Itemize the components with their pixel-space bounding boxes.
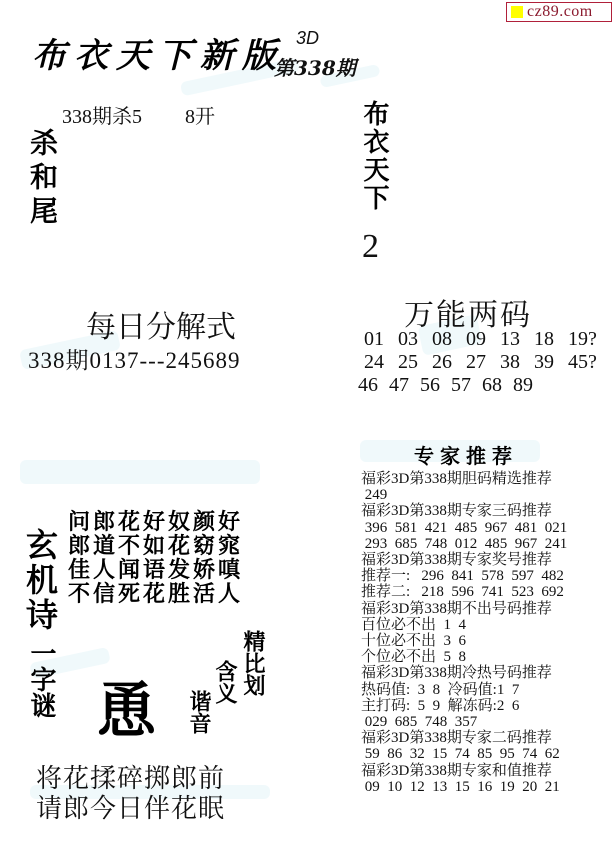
yellow-square-icon [511,6,523,18]
code: 89 [513,374,544,397]
code: 13 [500,328,534,351]
code: 57 [451,374,482,397]
expert-line: 029 685 748 357 [361,714,567,730]
open-value: 8开 [185,106,215,128]
code: 46 [358,374,389,397]
code: 45? [568,351,602,374]
expert-line: 福彩3D第338期专家二码推荐 [361,730,567,746]
daily-value: 338期0137---245689 [28,342,240,375]
expert-line: 福彩3D第338期专家和值推荐 [361,763,567,779]
expert-line: 福彩3D第338期冷热号码推荐 [361,665,567,681]
expert-line: 396 581 421 485 967 481 021 [361,520,567,536]
expert-line: 百位必不出 1 4 [361,617,567,633]
buyi-number: 2 [362,228,379,266]
site-url: cz89.com [527,3,593,21]
verse-line: 请郎今日伴花眠 [36,794,225,824]
wanneng-row: 01 03 08 09 13 18 19? [364,328,602,351]
poem-line: 问郎花好奴颜好 [68,510,243,534]
code: 27 [466,351,500,374]
poem-line: 不信死花胜活人 [68,582,243,606]
buyi-label: 布衣天下 [356,100,393,212]
expert-line: 主打码: 5 9 解冻码:2 6 [361,698,567,714]
verse: 将花揉碎掷郎前 请郎今日伴花眠 [36,764,225,824]
expert-line: 293 685 748 012 485 967 241 [361,536,567,552]
poem-line: 郎道不如花窈窕 [68,534,243,558]
poem-head: 玄 机 诗 [26,528,58,633]
expert-title: 专家推荐 [414,440,518,469]
poem-head-char: 诗 [26,598,58,633]
expert-line: 十位必不出 3 6 [361,633,567,649]
poem-lines: 问郎花好奴颜好 郎道不如花窈窕 佳人闻语发娇嗔 不信死花胜活人 [68,510,243,606]
code: 08 [432,328,466,351]
code: 03 [398,328,432,351]
site-badge[interactable]: cz89.com [506,2,612,22]
expert-list: 福彩3D第338期胆码精选推荐 249 福彩3D第338期专家三码推荐 396 … [361,471,567,795]
page-title: 布衣天下新版 [32,28,284,77]
expert-line: 热码值: 3 8 冷码值:1 7 [361,682,567,698]
wanneng-row: 24 25 26 27 38 39 45? [364,351,602,374]
wanneng-row: 46 47 56 57 68 89 [358,374,602,397]
daily-title: 每日分解式 [86,302,236,346]
code: 09 [466,328,500,351]
poem-line: 佳人闻语发娇嗔 [68,558,243,582]
riddle-hint-meaning: 含义 [212,660,238,704]
code: 56 [420,374,451,397]
code: 19? [568,328,602,351]
expert-line: 福彩3D第338期专家奖号推荐 [361,552,567,568]
riddle-label: 一字谜 [24,640,58,718]
code: 47 [389,374,420,397]
expert-line: 59 86 32 15 74 85 95 74 62 [361,746,567,762]
expert-line: 福彩3D第338期胆码精选推荐 [361,471,567,487]
poem-head-char: 玄 [26,528,58,563]
kill-line: 338期杀5 8开 [62,100,253,129]
expert-line: 推荐一: 296 841 578 597 482 [361,568,567,584]
kill-value: 338期杀5 [62,106,142,128]
riddle-character: 恿 [96,664,156,750]
expert-line: 福彩3D第338期不出号码推荐 [361,601,567,617]
code: 68 [482,374,513,397]
kill-tail-label: 杀和尾 [22,128,62,230]
game-label: 3D [296,28,319,49]
code: 26 [432,351,466,374]
code: 25 [398,351,432,374]
expert-line: 249 [361,487,567,503]
expert-line: 福彩3D第338期专家三码推荐 [361,503,567,519]
expert-line: 推荐二: 218 596 741 523 692 [361,584,567,600]
code: 18 [534,328,568,351]
issue-number: 第338期 [274,52,356,81]
code: 01 [364,328,398,351]
verse-line: 将花揉碎掷郎前 [36,764,225,794]
riddle-hint-stroke: 精比划 [240,630,266,696]
wanneng-grid: 01 03 08 09 13 18 19? 24 25 26 27 38 39 … [364,328,602,397]
expert-line: 个位必不出 5 8 [361,649,567,665]
code: 38 [500,351,534,374]
code: 39 [534,351,568,374]
code: 24 [364,351,398,374]
riddle-hint-sound: 谐音 [186,690,212,734]
watermark [20,460,260,484]
expert-line: 09 10 12 13 15 16 19 20 21 [361,779,567,795]
poem-head-char: 机 [26,563,58,598]
